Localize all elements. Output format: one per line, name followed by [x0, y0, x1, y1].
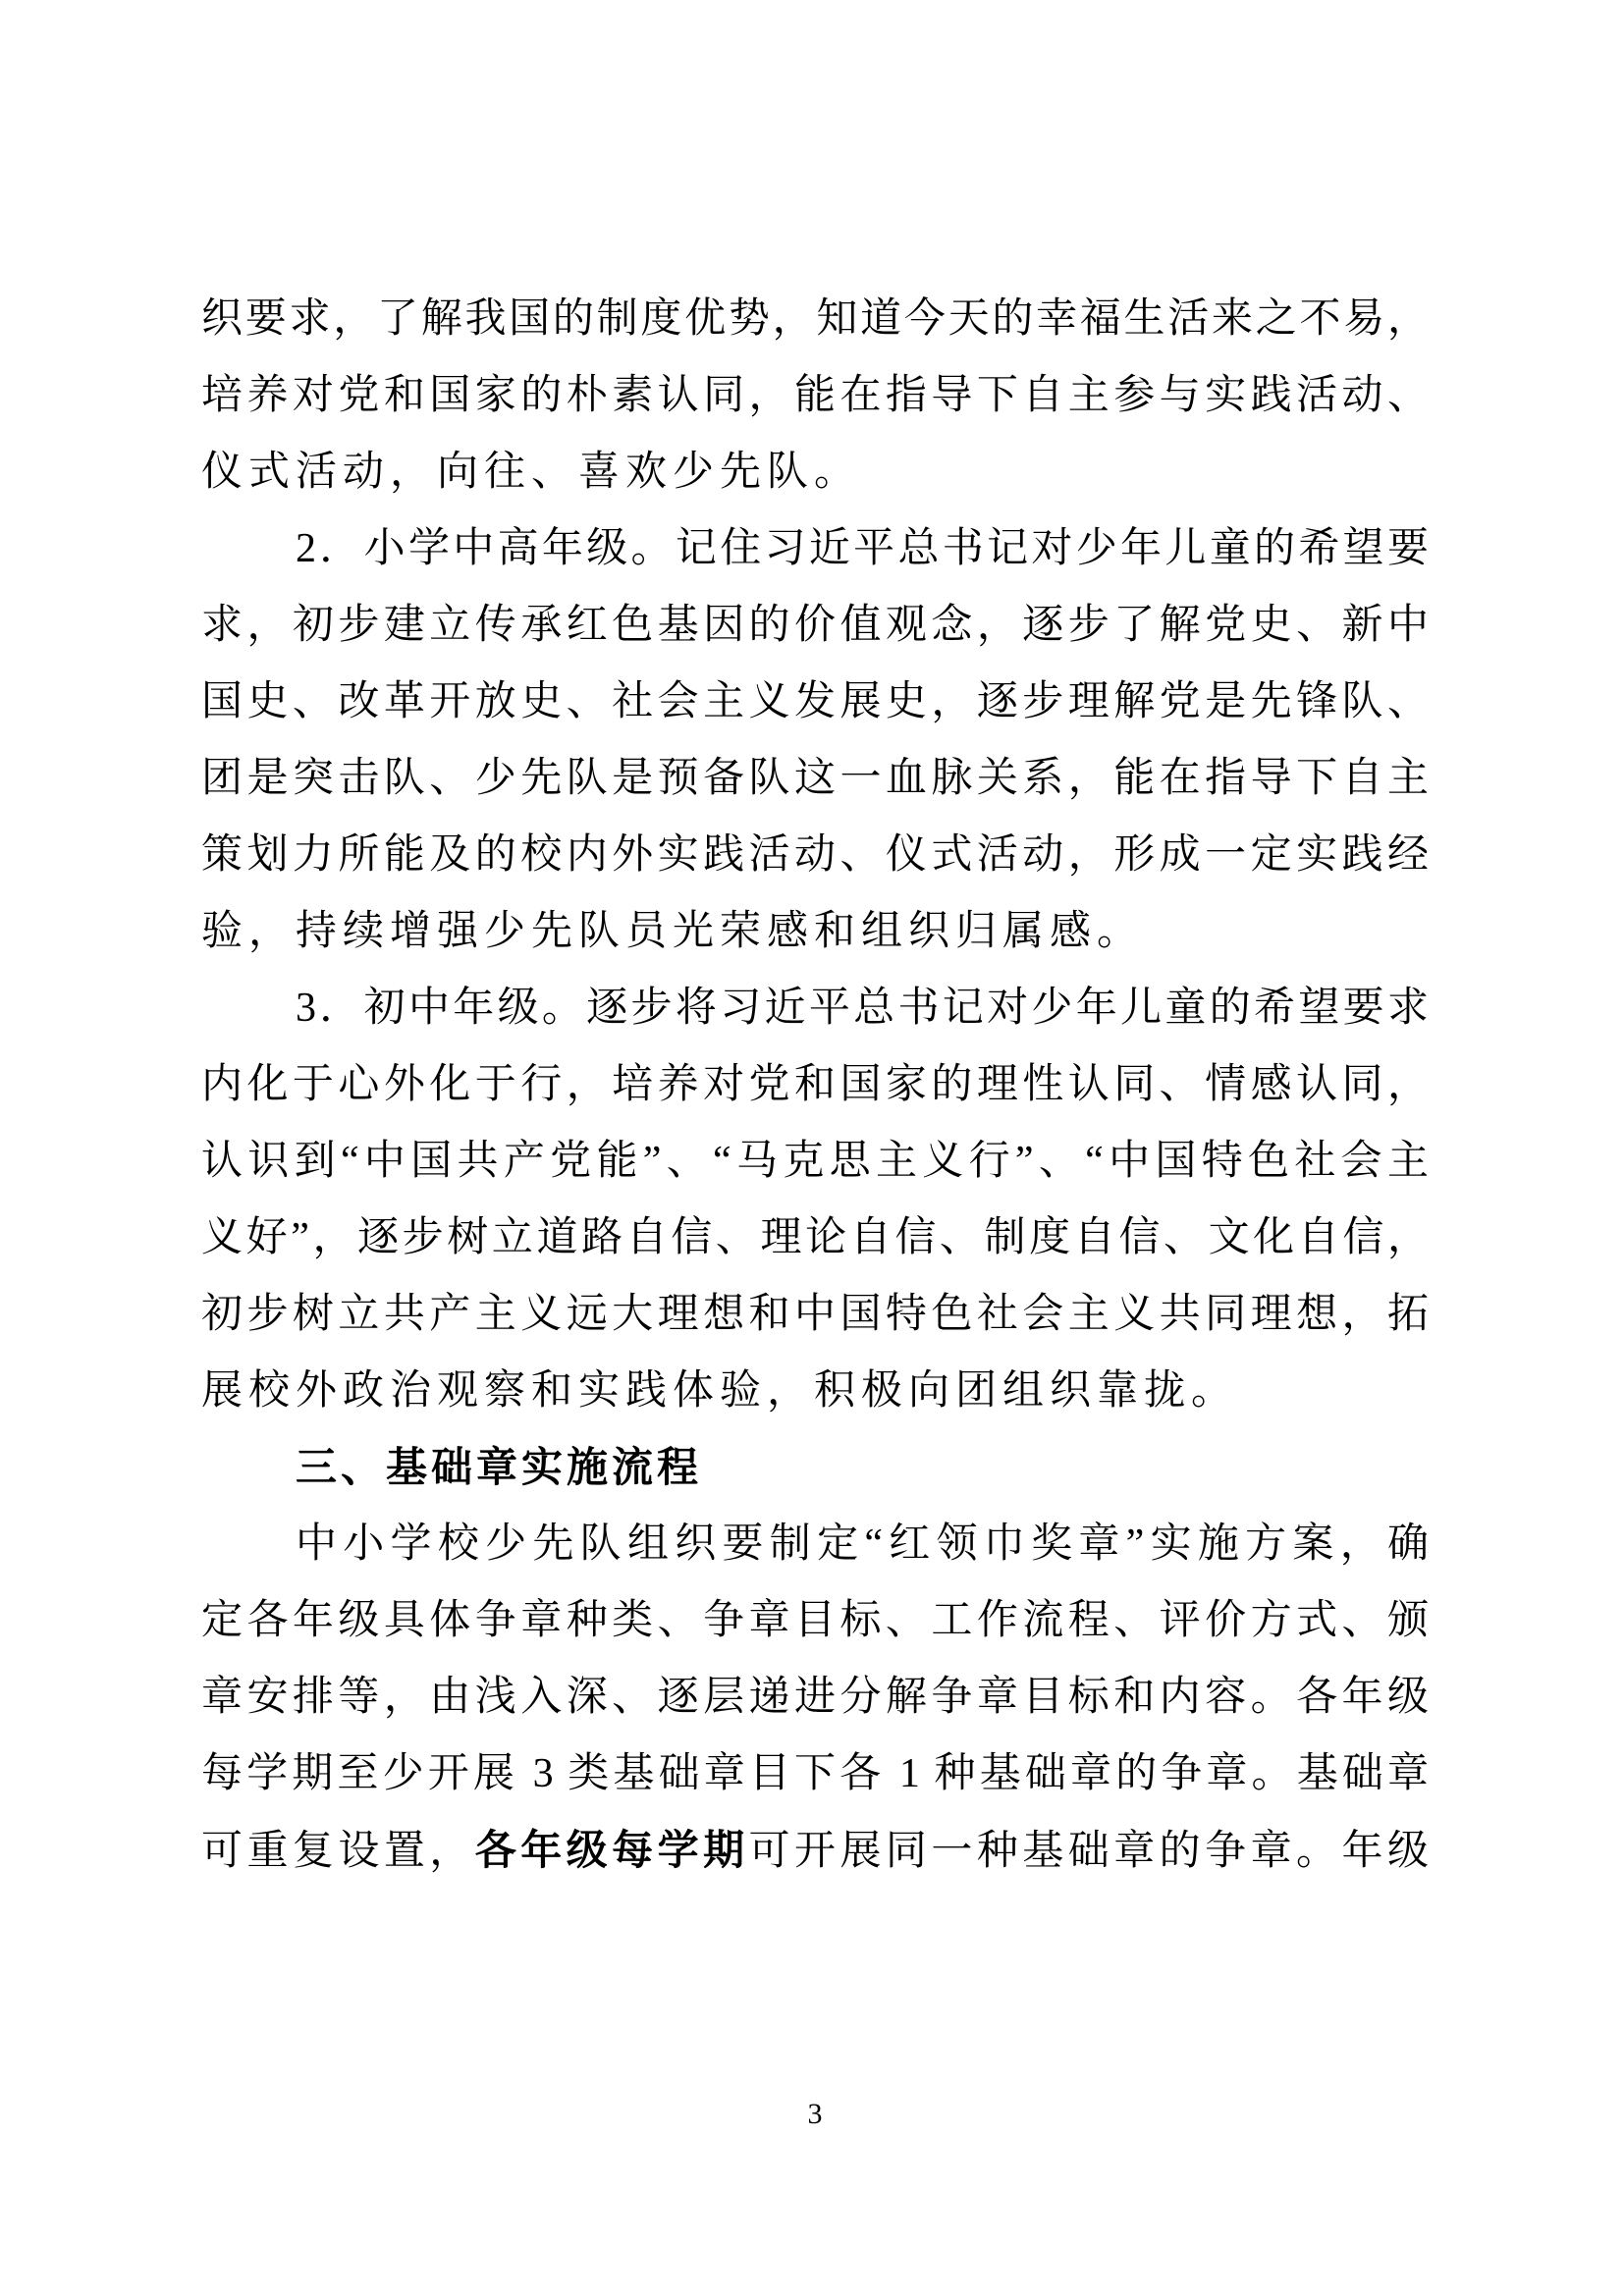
text-line: 国史、改革开放史、社会主义发展史，逐步理解党是先锋队、 [201, 664, 1429, 740]
text-line: 可重复设置，各年级每学期可开展同一种基础章的争章。年级 [201, 1812, 1429, 1889]
text-line: 内化于心外化于行，培养对党和国家的理性认同、情感认同， [201, 1046, 1429, 1123]
text-line: 3．初中年级。逐步将习近平总书记对少年儿童的希望要求 [201, 970, 1429, 1046]
page-number: 3 [808, 2098, 823, 2130]
text-line: 团是突击队、少先队是预备队这一血脉关系，能在指导下自主 [201, 740, 1429, 817]
text-line: 织要求，了解我国的制度优势，知道今天的幸福生活来之不易， [201, 281, 1429, 357]
text-line: 认识到“中国共产党能”、“马克思主义行”、“中国特色社会主 [201, 1123, 1429, 1200]
document-page: 织要求，了解我国的制度优势，知道今天的幸福生活来之不易，培养对党和国家的朴素认同… [0, 0, 1624, 2296]
bold-text-run: 各年级每学期 [475, 1827, 749, 1873]
text-line: 每学期至少开展 3 类基础章目下各 1 种基础章的争章。基础章 [201, 1735, 1429, 1812]
text-line: 义好”，逐步树立道路自信、理论自信、制度自信、文化自信， [201, 1200, 1429, 1276]
text-run: 可开展同一种基础章的争章。年级 [749, 1829, 1429, 1874]
text-line: 初步树立共产主义远大理想和中国特色社会主义共同理想，拓 [201, 1276, 1429, 1353]
text-line: 2．小学中高年级。记住习近平总书记对少年儿童的希望要 [201, 510, 1429, 587]
text-line: 定各年级具体争章种类、争章目标、工作流程、评价方式、颁 [201, 1582, 1429, 1659]
text-line: 展校外政治观察和实践体验，积极向团组织靠拢。 [201, 1353, 1429, 1429]
text-line: 章安排等，由浅入深、逐层递进分解争章目标和内容。各年级 [201, 1659, 1429, 1735]
text-line: 策划力所能及的校内外实践活动、仪式活动，形成一定实践经 [201, 817, 1429, 893]
text-line: 仪式活动，向往、喜欢少先队。 [201, 434, 1429, 510]
text-line: 验，持续增强少先队员光荣感和组织归属感。 [201, 893, 1429, 970]
document-body: 织要求，了解我国的制度优势，知道今天的幸福生活来之不易，培养对党和国家的朴素认同… [201, 281, 1429, 1889]
text-run: 可重复设置， [201, 1829, 475, 1874]
text-lines: 织要求，了解我国的制度优势，知道今天的幸福生活来之不易，培养对党和国家的朴素认同… [201, 281, 1429, 1889]
text-line: 中小学校少先队组织要制定“红领巾奖章”实施方案，确 [201, 1506, 1429, 1582]
page-footer: 3 [201, 2097, 1429, 2132]
text-line: 培养对党和国家的朴素认同，能在指导下自主参与实践活动、 [201, 357, 1429, 434]
text-line: 求，初步建立传承红色基因的价值观念，逐步了解党史、新中 [201, 587, 1429, 664]
section-heading: 三、基础章实施流程 [201, 1429, 1429, 1506]
